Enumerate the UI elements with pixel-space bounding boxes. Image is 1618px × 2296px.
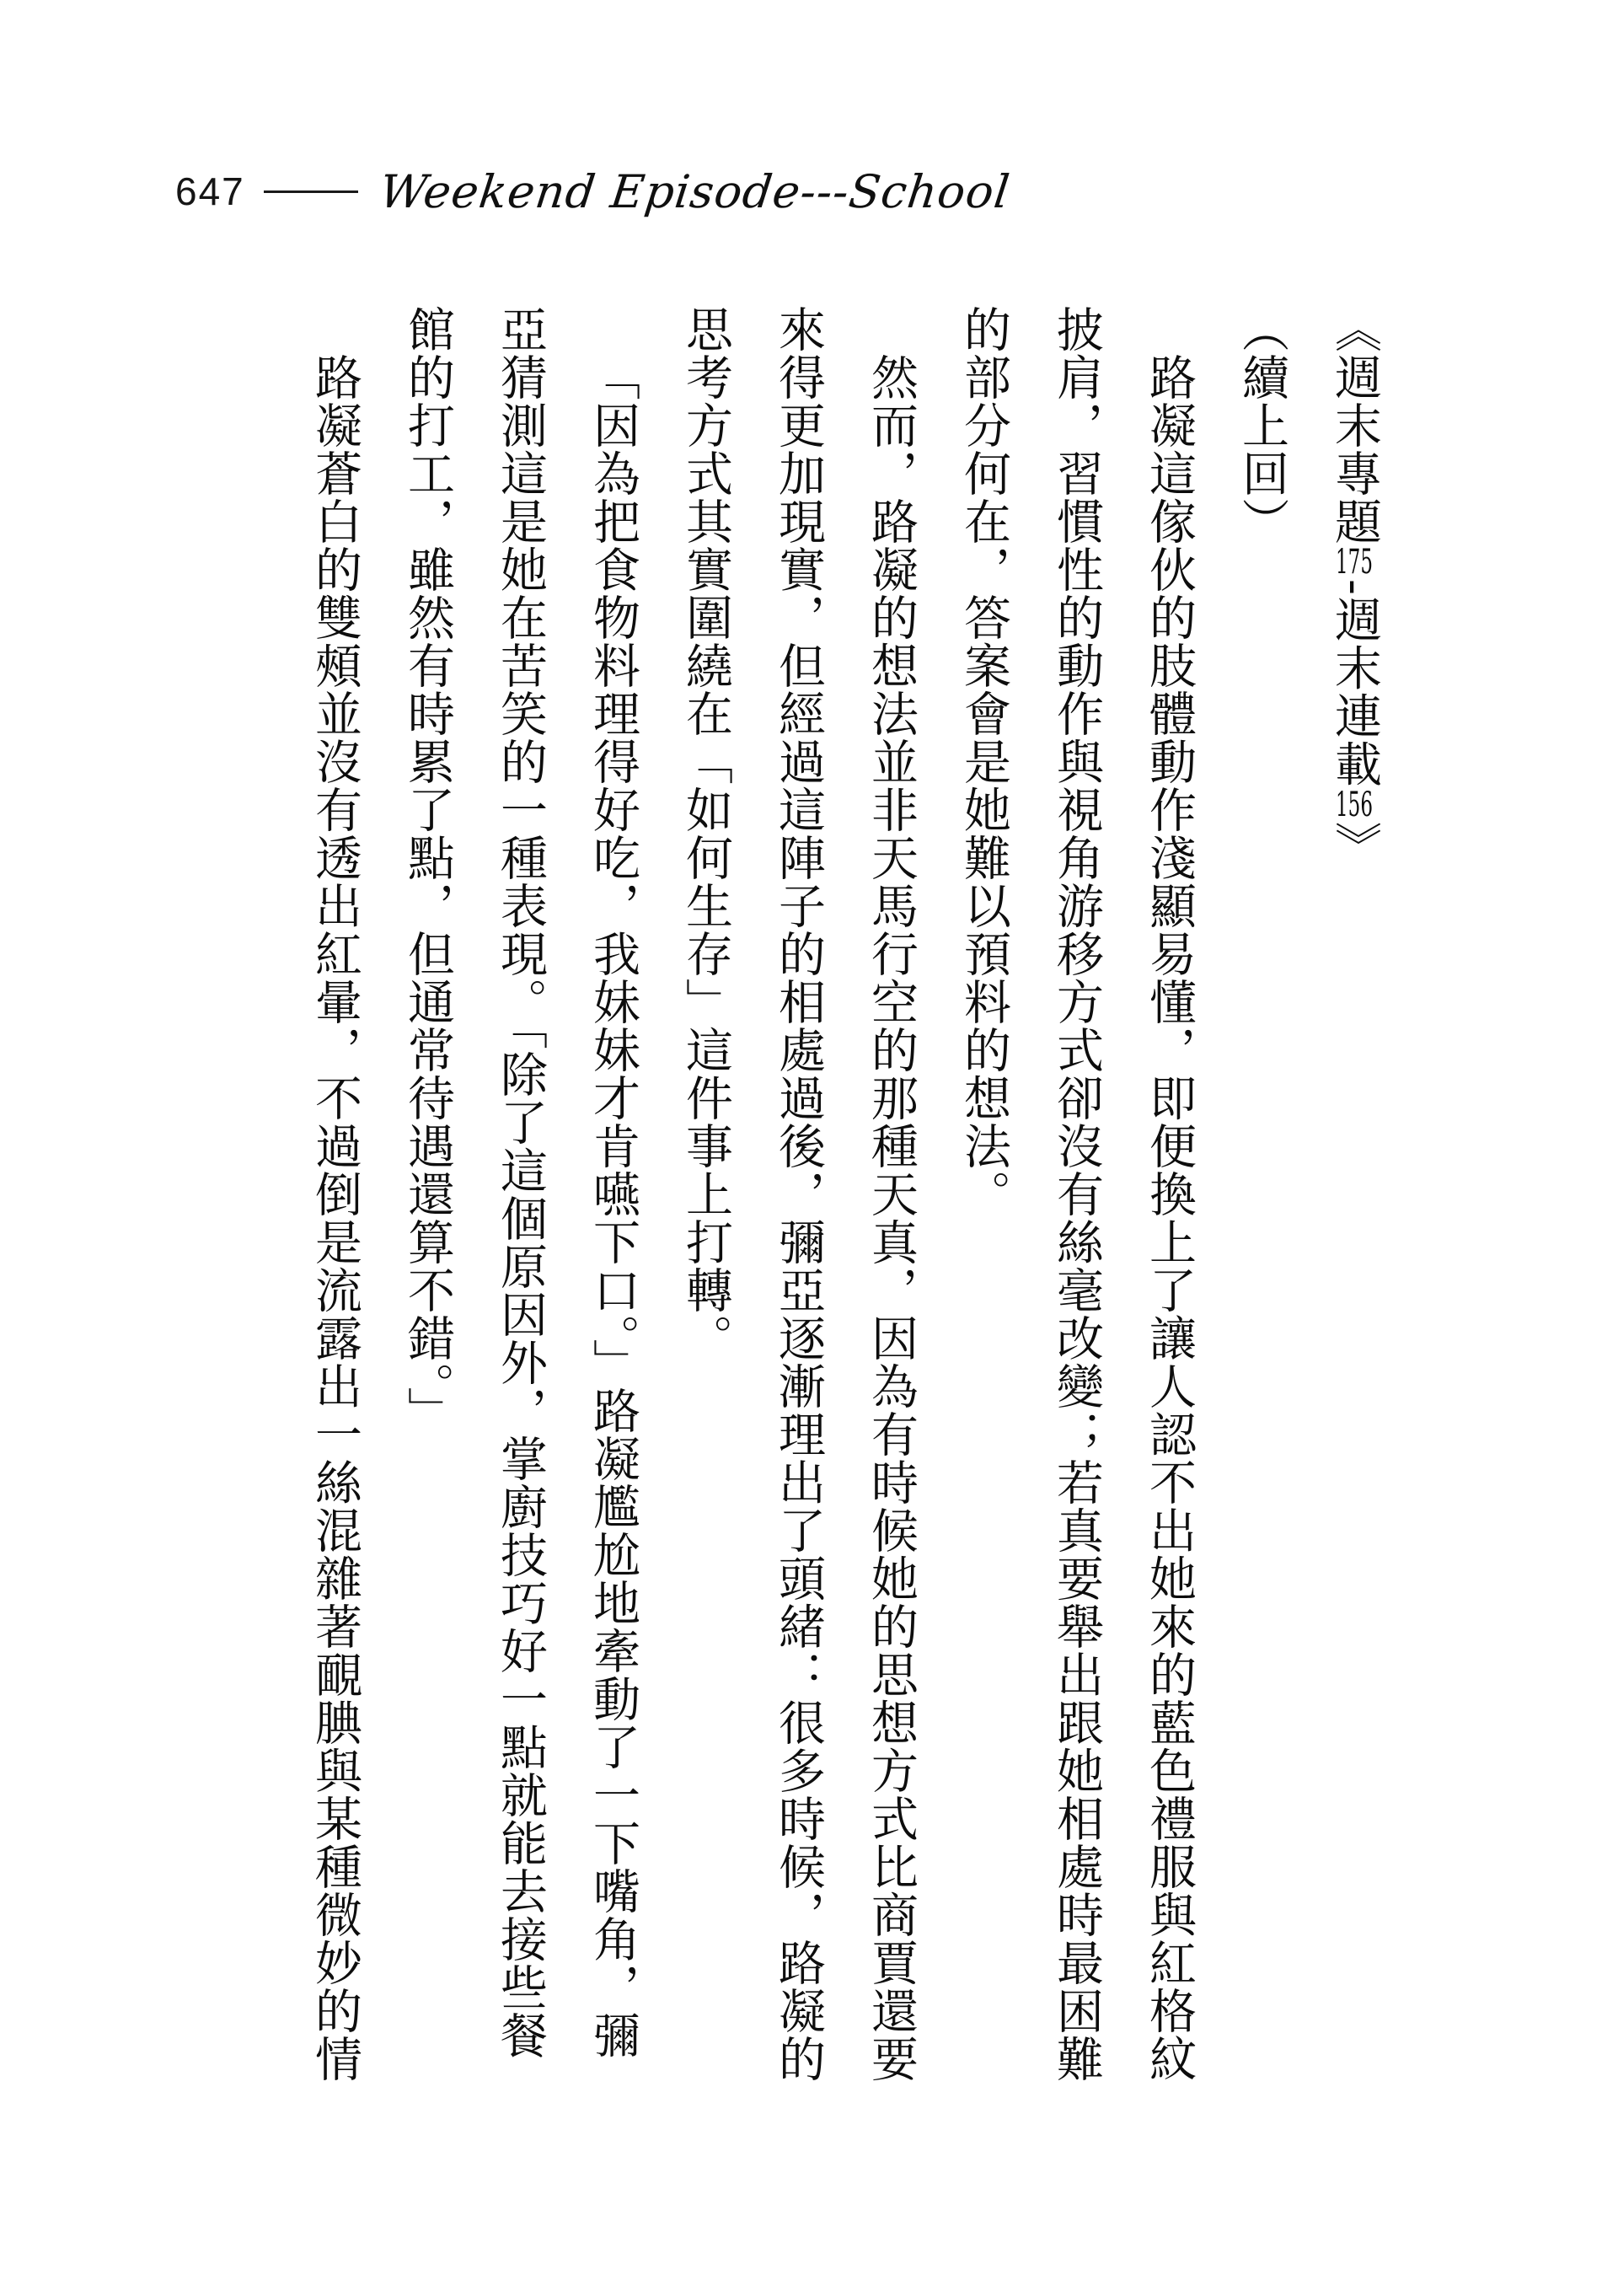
header-rule [264, 190, 358, 193]
paragraph: 「因為把食物料理得好吃，我妹妹才肯嚥下口。」路凝尷尬地牽動了一下嘴角，彌亞猜測這… [381, 305, 659, 2084]
chapter-title-open: 《 [1327, 305, 1382, 353]
page-header: 647 Weekend Episode---School [175, 162, 1006, 221]
book-page: 647 Weekend Episode---School 《週末專題175-週末… [0, 0, 1618, 2296]
page-number: 647 [175, 169, 245, 214]
paragraph: 路凝這傢伙的肢體動作淺顯易懂，即便換上了讓人認不出她來的藍色禮服與紅格紋披肩，習… [937, 305, 1215, 2084]
continuation-note: （續上回） [1215, 305, 1308, 2084]
paragraph: 路凝蒼白的雙頰並沒有透出紅暈，不過倒是流露出一絲混雜著靦腆與某種微妙的情 [288, 305, 381, 2084]
paragraph: 然而，路凝的想法並非天馬行空的那種天真，因為有時候她的思想方式比商賈還要來得更加… [659, 305, 937, 2084]
chapter-title-series-2: 週末連載 [1327, 596, 1382, 788]
chapter-title-dash: - [1327, 579, 1382, 596]
chapter-title-number-2: 156 [1335, 788, 1374, 822]
chapter-title: 《週末專題175-週末連載156》 [1308, 305, 1401, 2084]
chapter-title-close: 》 [1327, 822, 1382, 870]
book-title: Weekend Episode---School [377, 165, 1013, 218]
chapter-title-series-1: 週末專題 [1327, 353, 1382, 545]
chapter-title-number-1: 175 [1335, 545, 1374, 579]
main-text: 《週末專題175-週末連載156》 （續上回） 路凝這傢伙的肢體動作淺顯易懂，即… [288, 305, 1401, 2084]
